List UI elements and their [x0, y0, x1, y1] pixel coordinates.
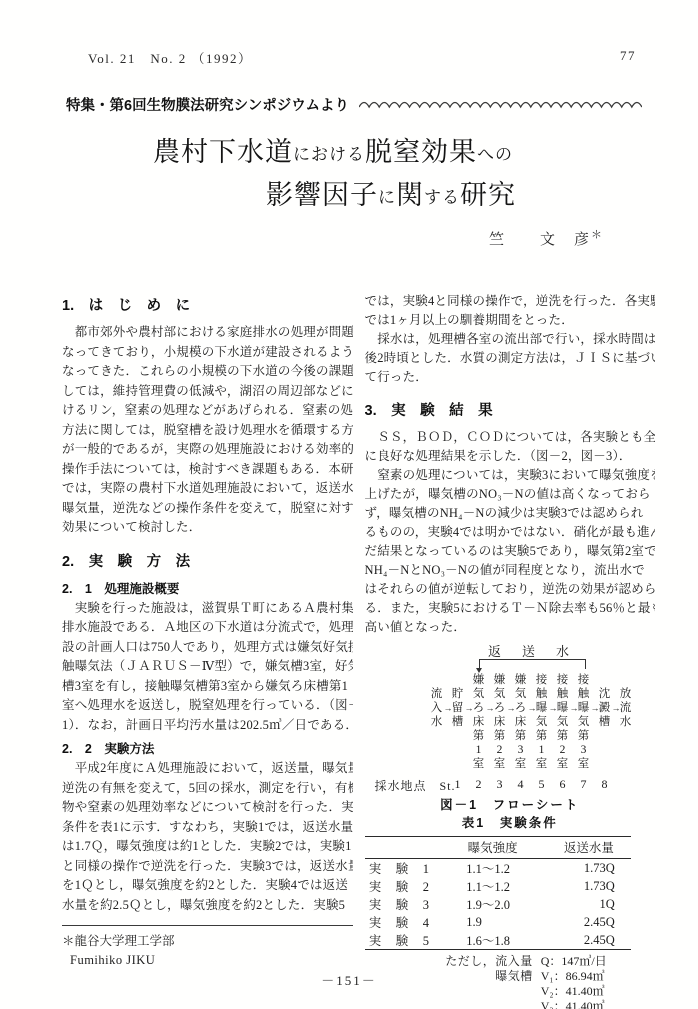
flow-unit-char: 気 [472, 687, 486, 701]
continuation-paragraph: では，実験4と同様の操作で，逆洗を行った．各実験では1ヶ月以上の馴養期間をとった… [365, 292, 656, 387]
journal-page: Vol. 21 No. 2 （1992） 77 特集・第6回生物膜法研究シンポジ… [0, 0, 698, 1009]
flow-unit-char: 室 [535, 757, 549, 771]
flow-unit-char: 室 [472, 757, 486, 771]
flow-unit-char: 曝 [535, 701, 549, 715]
flow-unit-char: 触 [535, 687, 549, 701]
feature-row: 特集・第6回生物膜法研究シンポジウムより [66, 94, 642, 115]
flow-unit: 嫌気ろ床第1室 [472, 673, 486, 771]
flow-unit-char: 気 [535, 715, 549, 729]
sampling-station-number: 6 [556, 777, 570, 792]
sampling-label: 採水地点 St. [375, 777, 456, 794]
flow-unit-char: 接 [556, 673, 570, 687]
flow-unit-char: 床 [472, 715, 486, 729]
flow-arrow-icon: → [444, 701, 451, 771]
text-line: に良好な処理結果を示した．（図－2，図－3）． [365, 447, 656, 466]
section-3-heading: 3. 実 験 結 果 [365, 399, 656, 420]
text-line: 効果について検討した． [62, 518, 353, 538]
text-line: 都市郊外や農村部における家庭排水の処理が問題と [62, 323, 353, 343]
flow-unit-char: 第 [577, 729, 591, 743]
page-number: 77 [620, 48, 636, 67]
table-cell: 1.9 [438, 913, 547, 931]
flow-unit-char: 水 [619, 715, 633, 729]
flow-arrow-icon: → [570, 701, 577, 771]
flow-unit-char: 放 [619, 687, 633, 701]
text-line: 室へ処理水を返送し，脱窒処理を行っている．（図－ [62, 696, 353, 716]
text-line: 後2時頃とした．水質の測定方法は，ＪＩＳに基づい [365, 349, 656, 368]
table-cell: 1.1～1.2 [438, 859, 547, 878]
table-header-row: 曝気強度 返送水量 [365, 837, 631, 859]
article-title: 農村下水道における脱窒効果への 影響因子に関する研究 [0, 133, 698, 219]
title-line-1: 農村下水道における脱窒効果への [0, 133, 682, 176]
flow-unit-char: 2 [556, 743, 570, 757]
flow-arrow-icon: → [507, 701, 514, 771]
title-text: への [477, 145, 513, 164]
text-line: て行った． [365, 368, 656, 387]
results-paragraph: ＳＳ，ＢＯＤ，ＣＯＤについては，各実験とも全般に良好な処理結果を示した．（図－2… [365, 428, 656, 637]
intro-paragraph: 都市郊外や農村部における家庭排水の処理が問題となってきており，小規模の下水道が建… [62, 323, 353, 538]
sampling-station-number: 4 [514, 777, 528, 792]
text-line: 逆洗の有無を変えて，5回の採水，測定を行い，有機 [62, 779, 353, 799]
flow-unit-char: 気 [493, 687, 507, 701]
flow-unit: 嫌気ろ床第3室 [514, 673, 528, 771]
text-line: 窒素の処理については，実験3において曝気強度を [365, 466, 656, 485]
text-line: 方法に関しては，脱窒槽を設け処理水を循環する方法 [62, 421, 353, 441]
text-line: では1ヶ月以上の馴養期間をとった． [365, 311, 656, 330]
flow-unit-char: 接 [535, 673, 549, 687]
footnote-affiliation: ＊龍谷大学理工学部 [62, 932, 353, 951]
table-row: 実 験 51.6～1.82.45Q [365, 931, 631, 950]
figure-1-flowsheet: 返 送 水 流入水→貯留槽→嫌気ろ床第1室→嫌気ろ床第2室→嫌気ろ床第3室→接触… [365, 641, 656, 811]
return-line [479, 659, 586, 669]
title-text: する [424, 188, 460, 207]
text-line: は1.7Ｑ，曝気強度は約1とした．実験2では，実験1 [62, 837, 353, 857]
flow-unit-char: 澱 [598, 701, 612, 715]
flow-unit-char: 曝 [577, 701, 591, 715]
table-cell: 2.45Q [547, 913, 631, 931]
facility-paragraph: 実験を行った施設は，滋賀県Ｔ町にあるＡ農村集落排水施設である．Ａ地区の下水道は分… [62, 599, 353, 736]
sampling-points-row: 採水地点 St. 12345678 [365, 777, 656, 793]
author: 竺 文 彦＊ [489, 226, 604, 249]
flow-unit-char: 水 [430, 715, 444, 729]
author-footnote-mark: ＊ [591, 229, 604, 241]
flow-unit-char: 嫌 [472, 673, 486, 687]
title-text: 農村下水道 [153, 137, 293, 167]
table-cell: 2.45Q [547, 931, 631, 950]
table-cell: 実 験 3 [365, 895, 439, 913]
table-row: 実 験 21.1～1.21.73Q [365, 877, 631, 895]
return-water-label: 返 送 水 [488, 641, 573, 660]
flow-unit-char: 3 [514, 743, 528, 757]
flow-unit-char: 沈 [598, 687, 612, 701]
flow-arrow-icon: → [465, 701, 472, 771]
section-2-1-heading: 2. 1 処理施設概要 [62, 579, 353, 597]
text-line: 曝気量，逆洗などの操作条件を変えて，脱窒に対する [62, 499, 353, 519]
flow-unit-char: 第 [493, 729, 507, 743]
text-line: なってきており，小規模の下水道が建設されるように [62, 343, 353, 363]
title-text: 脱窒効果 [365, 137, 477, 167]
flow-unit-char: 気 [577, 715, 591, 729]
text-line: けるリン，窒素の処理などがあげられる．窒素の処理 [62, 401, 353, 421]
table-row: 実 験 31.9～2.01Q [365, 895, 631, 913]
flow-unit-char: 気 [556, 715, 570, 729]
table-header-aeration: 曝気強度 [438, 837, 547, 859]
flow-unit: 流入水 [430, 687, 444, 771]
text-line: 物や窒素の処理効率などについて検討を行った．実験 [62, 798, 353, 818]
text-line: る．また，実験5におけるＴ－Ｎ除去率も56％と最も [365, 599, 656, 618]
flow-unit: 貯留槽 [451, 687, 465, 771]
flow-arrow-icon: → [591, 701, 598, 771]
flow-unit-char: 第 [535, 729, 549, 743]
author-footnote: ＊龍谷大学理工学部 Fumihiko JIKU [62, 925, 353, 970]
sampling-station-number: 7 [577, 777, 591, 792]
text-line: 1）．なお，計画日平均汚水量は202.5㎥／日である． [62, 716, 353, 736]
flow-unit: 接触曝気第2室 [556, 673, 570, 771]
flow-unit-char: 床 [514, 715, 528, 729]
sampling-station-number: 3 [493, 777, 507, 792]
flow-unit-char: ろ [472, 701, 486, 715]
page-header: Vol. 21 No. 2 （1992） 77 [88, 48, 636, 67]
text-line: では，実験4と同様の操作で，逆洗を行った．各実験 [365, 292, 656, 311]
journal-volume: Vol. 21 No. 2 （1992） [88, 48, 252, 67]
text-line: 高い値となった． [365, 618, 656, 637]
flow-unit-char: 流 [619, 701, 633, 715]
flow-unit-char: 第 [472, 729, 486, 743]
flow-unit-char: 貯 [451, 687, 465, 701]
flow-unit-char: 流 [430, 687, 444, 701]
table-cell: 1Q [547, 895, 631, 913]
flow-unit: 嫌気ろ床第2室 [493, 673, 507, 771]
title-text: 影響因子 [266, 180, 378, 210]
text-line: が一般的であるが，実際の処理施設における効率的な [62, 440, 353, 460]
flow-unit-char: 第 [556, 729, 570, 743]
table-row: 実 験 11.1～1.21.73Q [365, 859, 631, 878]
flow-unit-char: 第 [514, 729, 528, 743]
title-text: における [293, 145, 365, 164]
figure-caption: 図－1 フローシート [365, 795, 656, 813]
text-line: ＳＳ，ＢＯＤ，ＣＯＤについては，各実験とも全般 [365, 428, 656, 447]
flow-unit-char: 2 [493, 743, 507, 757]
sampling-station-number: 5 [535, 777, 549, 792]
flow-arrow-icon: → [486, 701, 493, 771]
sampling-station-number: 2 [472, 777, 486, 792]
flow-unit-char: 1 [535, 743, 549, 757]
right-column: では，実験4と同様の操作で，逆洗を行った．各実験では1ヶ月以上の馴養期間をとった… [365, 292, 656, 1009]
flow-arrow-icon: → [612, 701, 619, 771]
flow-unit-char: 接 [577, 673, 591, 687]
section-1-heading: 1. は じ め に [62, 294, 353, 315]
table-header-return: 返送水量 [547, 837, 631, 859]
table-caption: 表1 実験条件 [365, 813, 656, 831]
table-cell: 1.6～1.8 [438, 931, 547, 950]
note-label [415, 999, 533, 1009]
text-line: では，実際の農村下水道処理施設において，返送水量， [62, 479, 353, 499]
flow-unit-char: 気 [514, 687, 528, 701]
table-cell: 1.9～2.0 [438, 895, 547, 913]
text-line: 操作手法については，検討すべき課題もある．本研究 [62, 460, 353, 480]
text-line: 設の計画人口は750人であり，処理方式は嫌気好気接 [62, 638, 353, 658]
text-line: 排水施設である．Ａ地区の下水道は分流式で，処理施 [62, 618, 353, 638]
title-text: 関 [396, 180, 424, 210]
text-line: を1Ｑとし，曝気強度を約2とした．実験4では返送 [62, 876, 353, 896]
text-line: と同様の操作で逆洗を行った．実験3では，返送水量 [62, 857, 353, 877]
table-row: 実 験 41.92.45Q [365, 913, 631, 931]
flow-unit-char: 室 [577, 757, 591, 771]
table-cell: 1.73Q [547, 877, 631, 895]
text-line: なってきた．これらの小規模の下水道の今後の課題と [62, 362, 353, 382]
flow-unit-char: 入 [430, 701, 444, 715]
table-cell: 実 験 1 [365, 859, 439, 878]
flow-unit-char: 3 [577, 743, 591, 757]
flow-unit: 沈澱槽 [598, 687, 612, 771]
flow-unit-char: 室 [514, 757, 528, 771]
table-cell: 1.73Q [547, 859, 631, 878]
table-header-blank [365, 837, 439, 859]
note-value: V₃：41.40㎥ [533, 999, 647, 1009]
text-line: 槽3室を有し，接触曝気槽第3室から嫌気ろ床槽第1 [62, 677, 353, 697]
flow-arrow-icon: → [528, 701, 535, 771]
wavy-rule-decoration [359, 99, 642, 110]
flow-unit-char: 留 [451, 701, 465, 715]
text-line: るものの，実験4では明かではない．硝化が最も進ん [365, 523, 656, 542]
flow-unit-char: ろ [493, 701, 507, 715]
text-line: 平成2年度にＡ処理施設において，返送量，曝気量， [62, 759, 353, 779]
flow-unit-char: 室 [493, 757, 507, 771]
flow-unit: 放流水 [619, 687, 633, 771]
flow-unit-char: 触 [556, 687, 570, 701]
flow-arrow-icon: → [549, 701, 556, 771]
text-line: 採水は，処理槽各室の流出部で行い，採水時間は午 [365, 330, 656, 349]
page-footer: －151－ [0, 970, 698, 989]
flow-unit-char: 嫌 [493, 673, 507, 687]
flow-unit-char: 床 [493, 715, 507, 729]
table-cell: 実 験 2 [365, 877, 439, 895]
flow-unit-char: 1 [472, 743, 486, 757]
flow-unit-char: 槽 [451, 715, 465, 729]
text-line: 水量を約2.5Ｑとし，曝気強度を約2とした．実験5 [62, 896, 353, 916]
flow-unit-char: 曝 [556, 701, 570, 715]
table-cell: 実 験 5 [365, 931, 439, 950]
flow-units: 流入水→貯留槽→嫌気ろ床第1室→嫌気ろ床第2室→嫌気ろ床第3室→接触曝気第1室→… [365, 673, 633, 771]
title-line-2: 影響因子に関する研究 [42, 176, 698, 219]
flow-unit-char: 触 [577, 687, 591, 701]
sampling-station-number: 8 [598, 777, 612, 792]
flow-unit: 接触曝気第3室 [577, 673, 591, 771]
section-2-heading: 2. 実 験 方 法 [62, 550, 353, 571]
title-text: 研究 [460, 180, 516, 210]
section-2-2-heading: 2. 2 実験方法 [62, 739, 353, 757]
feature-label: 特集・第6回生物膜法研究シンポジウムより [66, 94, 349, 115]
text-line: NH₄－NとNO₃－Nの値が同程度となり，流出水で [365, 561, 656, 580]
text-line: はそれらの値が逆転しており，逆洗の効果が認められ [365, 580, 656, 599]
footnote-author-name: Fumihiko JIKU [62, 951, 353, 970]
flow-unit: 接触曝気第1室 [535, 673, 549, 771]
flow-unit-char: 室 [556, 757, 570, 771]
text-line: だ結果となっているのは実験5であり，曝気第2室で [365, 542, 656, 561]
table-note-row: ただし，流入量Q：147㎥/日 [373, 954, 647, 969]
experiment-conditions-table: 曝気強度 返送水量 実 験 11.1～1.21.73Q実 験 21.1～1.21… [365, 836, 631, 950]
text-line: ず，曝気槽のNH₄－Nの減少は実験3では認められ [365, 504, 656, 523]
table-cell: 1.1～1.2 [438, 877, 547, 895]
method-paragraph: 平成2年度にＡ処理施設において，返送量，曝気量，逆洗の有無を変えて，5回の採水，… [62, 759, 353, 915]
note-label: ただし，流入量 [415, 954, 533, 969]
note-value: Q：147㎥/日 [533, 954, 647, 969]
sampling-station-number: 1 [451, 777, 465, 792]
author-name: 竺 文 彦 [489, 232, 591, 248]
table-note-row: V₃：41.40㎥ [373, 999, 647, 1009]
left-column: 1. は じ め に 都市郊外や農村部における家庭排水の処理が問題となってきてお… [62, 292, 353, 1009]
flow-unit-char: 嫌 [514, 673, 528, 687]
text-line: しては，維持管理費の低減や，湖沼の周辺部などにお [62, 382, 353, 402]
flow-unit-char: 槽 [598, 715, 612, 729]
table-cell: 実 験 4 [365, 913, 439, 931]
flow-unit-char: ろ [514, 701, 528, 715]
text-line: 実験を行った施設は，滋賀県Ｔ町にあるＡ農村集落 [62, 599, 353, 619]
text-line: 触曝気法（ＪＡＲＵＳ－Ⅳ型）で，嫌気槽3室，好気 [62, 657, 353, 677]
body-columns: 1. は じ め に 都市郊外や農村部における家庭排水の処理が問題となってきてお… [62, 292, 655, 1009]
text-line: 条件を表1に示す．すなわち，実験1では，返送水量 [62, 818, 353, 838]
title-text: に [378, 188, 396, 207]
text-line: 上げたが，曝気槽のNO₃－Nの値は高くなっておら [365, 485, 656, 504]
